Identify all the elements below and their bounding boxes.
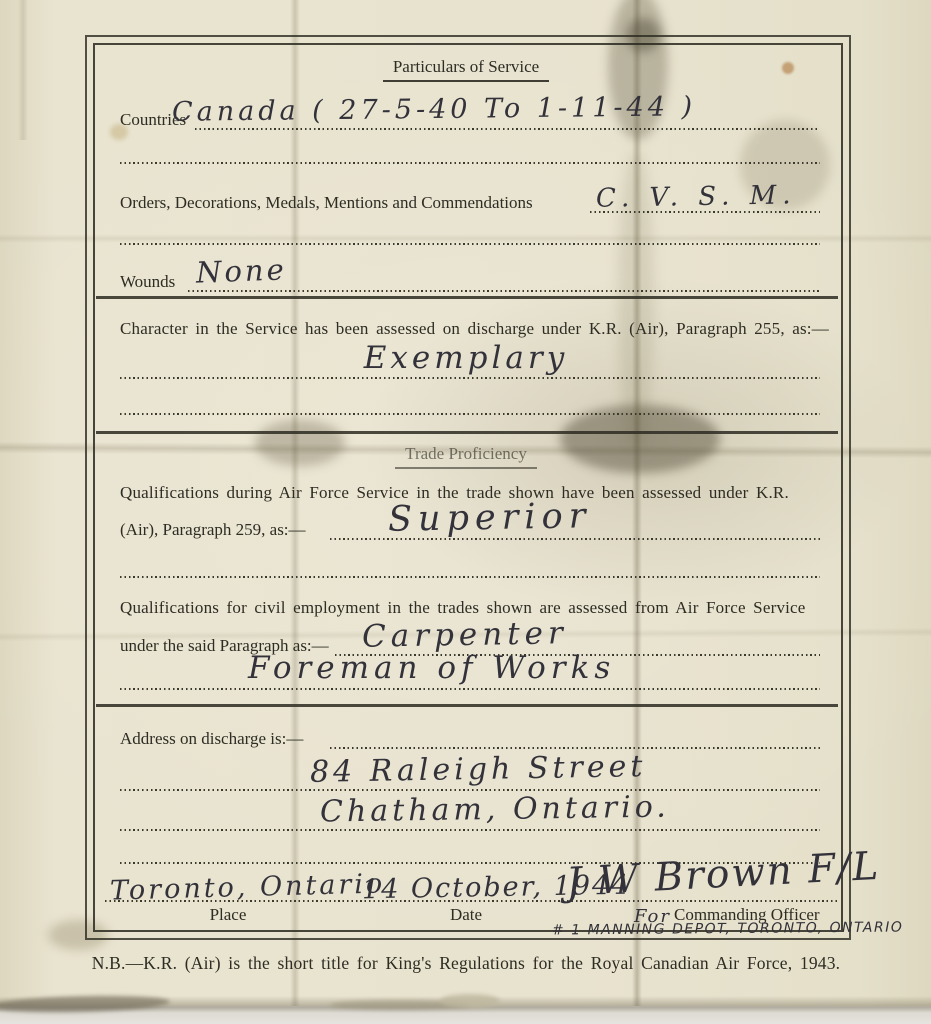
handwritten-address-2: Chatham, Ontario. (320, 790, 670, 830)
page-title: Particulars of Service (383, 57, 549, 82)
qual-service-line2: (Air), Paragraph 259, as:— (120, 520, 306, 540)
handwritten-qual-service: Superior (388, 496, 592, 540)
orders-label: Orders, Decorations, Medals, Mentions an… (120, 193, 533, 213)
section-rule-2 (96, 431, 838, 434)
blank-dotted-line-2 (120, 243, 820, 245)
handwritten-unit: # 1 MANNING DEPOT, TORONTO, ONTARIO (552, 919, 903, 938)
blank-dotted-line-3 (120, 413, 820, 415)
handwritten-address-1: 84 Raleigh Street (310, 749, 647, 790)
handwritten-countries: Canada ( 27-5-40 To 1-11-44 ) (172, 91, 696, 127)
blank-dotted-line-1 (120, 162, 820, 164)
handwritten-qual-civil-2: Foreman of Works (248, 650, 615, 686)
footnote: N.B.—K.R. (Air) is the short title for K… (85, 953, 847, 974)
left-edge-crease (18, 0, 28, 140)
blank-dotted-line-4 (120, 576, 820, 578)
handwritten-orders: C. V. S. M. (596, 180, 797, 213)
address-dotted-line-2 (120, 789, 820, 791)
qual-civil-dotted-line-2 (120, 688, 820, 690)
handwritten-character: Exemplary (85, 340, 847, 376)
section-rule-1 (96, 296, 838, 299)
place-label: Place (190, 905, 266, 925)
trade-proficiency-header: Trade Proficiency (395, 444, 537, 469)
torn-edge-bump (440, 994, 500, 1008)
wounds-label: Wounds (120, 272, 175, 292)
section-rule-3 (96, 704, 838, 707)
qual-civil-line1: Qualifications for civil employment in t… (120, 598, 806, 618)
section-title-row: Particulars of Service (85, 57, 847, 82)
character-statement: Character in the Service has been assess… (120, 319, 829, 339)
countries-dotted-line (195, 128, 820, 130)
address-dotted-line-3 (120, 829, 820, 831)
trade-proficiency-row: Trade Proficiency (85, 444, 847, 469)
wounds-dotted-line (188, 290, 820, 292)
address-dotted-line (330, 747, 820, 749)
address-label: Address on discharge is:— (120, 729, 303, 749)
handwritten-qual-civil-1: Carpenter (362, 615, 568, 655)
date-label: Date (428, 905, 504, 925)
character-dotted-line (120, 377, 820, 379)
handwritten-wounds: None (195, 252, 287, 289)
scanned-document-page: Particulars of Service Countries Canada … (0, 0, 931, 1024)
